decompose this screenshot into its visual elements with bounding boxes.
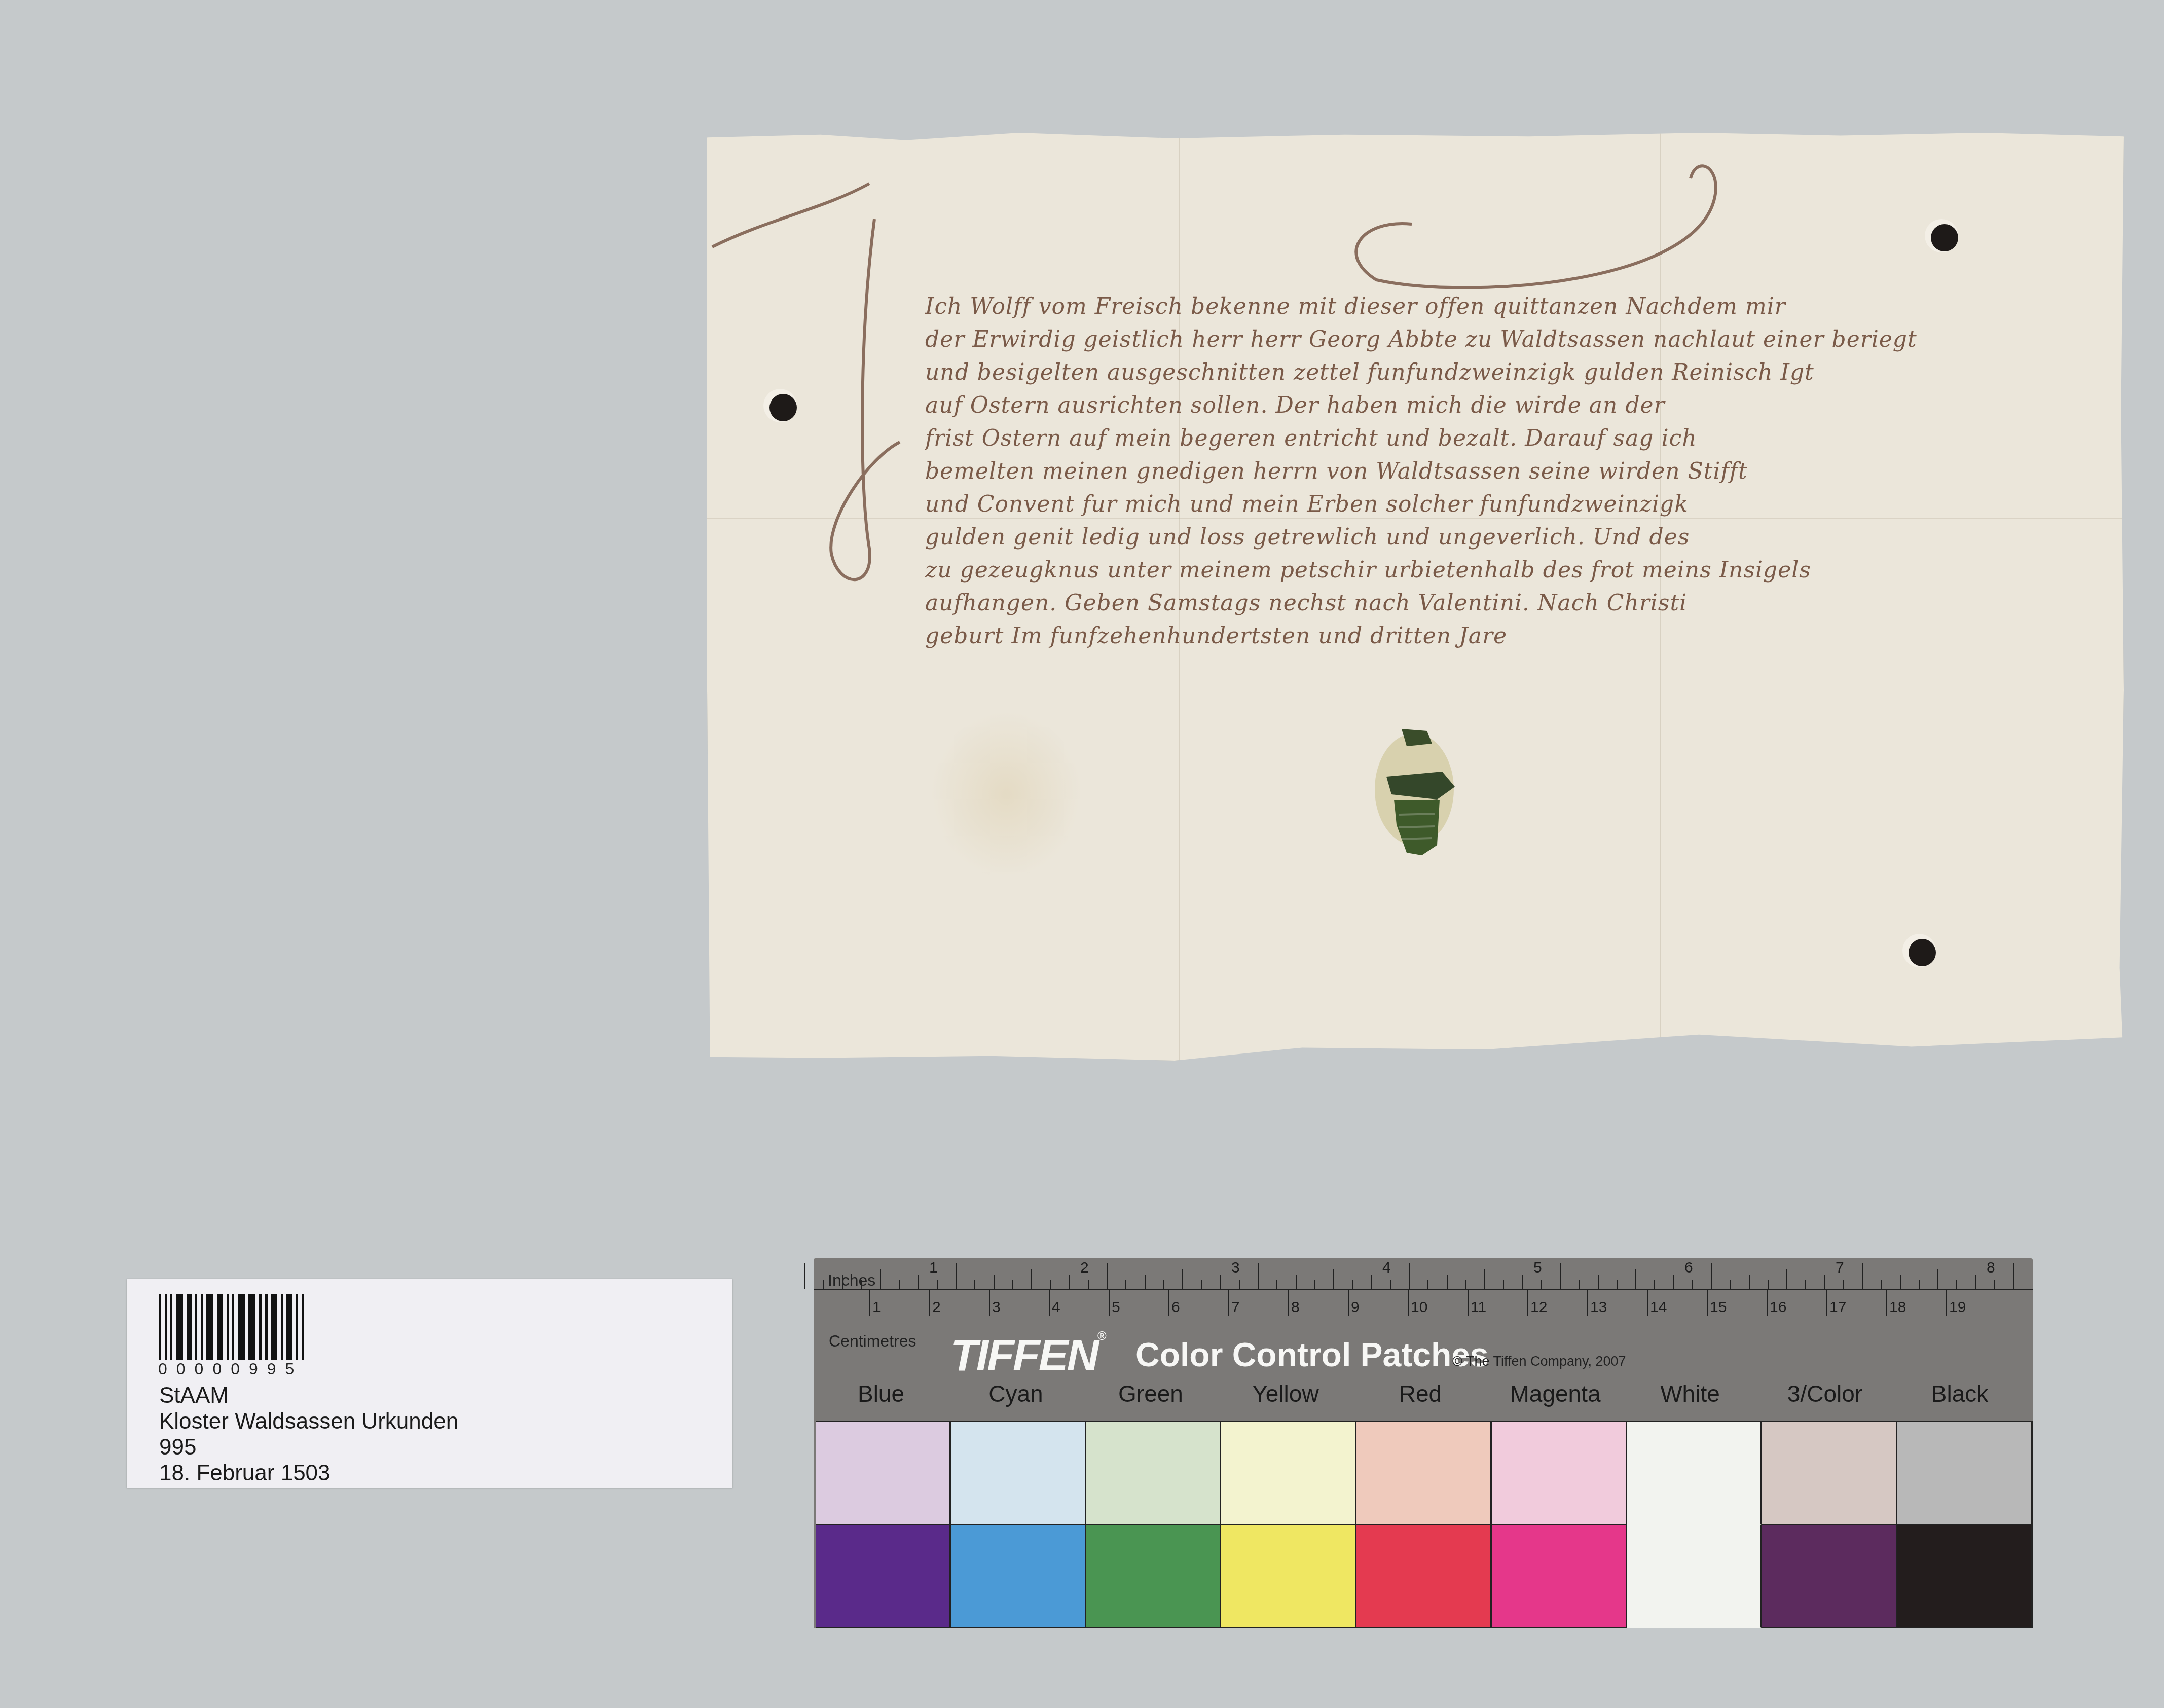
ruler-tick	[804, 1263, 805, 1289]
ruler-tick	[1522, 1275, 1523, 1289]
patch-label-blue: Blue	[814, 1380, 948, 1407]
patch-dark-magenta	[1492, 1525, 1627, 1629]
inch-tick-label: 7	[1836, 1259, 1844, 1277]
patch-label-black: Black	[1892, 1380, 2027, 1407]
cm-tick-label: 1	[872, 1299, 881, 1316]
ruler-tick	[880, 1269, 881, 1289]
ruler-tick	[1956, 1280, 1957, 1289]
ruler-tick	[1946, 1290, 1947, 1316]
inch-ruler	[814, 1258, 2033, 1290]
ruler-tick	[861, 1280, 862, 1289]
cm-tick-label: 16	[1770, 1299, 1786, 1316]
ruler-tick	[1168, 1290, 1169, 1316]
ruler-tick	[1587, 1290, 1588, 1316]
document-date: 18. Februar 1503	[159, 1460, 458, 1486]
ruler-tick	[1201, 1280, 1202, 1289]
ruler-tick	[974, 1280, 975, 1289]
punch-hole	[1931, 224, 1958, 251]
ruler-tick	[842, 1275, 843, 1289]
text-line: frist Ostern auf mein begeren entricht u…	[925, 422, 2000, 455]
ruler-tick	[1371, 1275, 1372, 1289]
ruler-tick	[1692, 1280, 1693, 1289]
ruler-tick	[1125, 1280, 1126, 1289]
ruler-tick	[1390, 1280, 1391, 1289]
patch-dark-white	[1627, 1525, 1763, 1629]
inch-tick-label: 5	[1533, 1259, 1542, 1277]
inches-label: Inches	[828, 1271, 875, 1290]
ruler-tick	[1673, 1275, 1674, 1289]
ruler-tick	[1296, 1275, 1297, 1289]
ruler-tick	[1088, 1280, 1089, 1289]
ruler-tick	[1647, 1290, 1648, 1316]
cm-tick-label: 5	[1112, 1299, 1120, 1316]
ruler-tick	[1886, 1290, 1887, 1316]
ruler-tick	[823, 1280, 824, 1289]
cm-tick-label: 10	[1411, 1299, 1427, 1316]
patch-name-row: Blue Cyan Green Yellow Red Magenta White…	[814, 1380, 2033, 1405]
cm-tick-label: 2	[932, 1299, 941, 1316]
text-line: und besigelten ausgeschnitten zettel fun…	[925, 356, 2000, 389]
punch-hole	[1909, 939, 1936, 966]
ruler-tick	[1862, 1263, 1863, 1289]
ruler-tick	[918, 1275, 919, 1289]
ruler-tick	[1352, 1280, 1353, 1289]
ruler-tick	[1975, 1275, 1976, 1289]
ruler-tick	[1527, 1290, 1528, 1316]
text-line: der Erwirdig geistlich herr herr Georg A…	[925, 323, 2000, 356]
barcode-number: 00000995	[158, 1360, 303, 1378]
inch-tick-label: 6	[1684, 1259, 1693, 1277]
ruler-tick	[1107, 1263, 1108, 1289]
ruler-tick	[1145, 1275, 1146, 1289]
patch-dark-cyan	[951, 1525, 1086, 1629]
inch-tick-label: 4	[1382, 1259, 1391, 1277]
patch-dark-green	[1086, 1525, 1222, 1629]
ruler-tick	[1258, 1263, 1259, 1289]
archive-name: StAAM	[159, 1383, 458, 1408]
patch-label-3color: 3/Color	[1757, 1380, 1892, 1407]
punch-hole	[769, 394, 797, 421]
ruler-tick	[956, 1263, 957, 1289]
ruler-tick	[1239, 1280, 1240, 1289]
ruler-tick	[1805, 1280, 1806, 1289]
ruler-tick	[1654, 1280, 1655, 1289]
ruler-tick	[1408, 1290, 1409, 1316]
patch-label-green: Green	[1083, 1380, 1218, 1407]
patch-dark-black	[1897, 1525, 2033, 1629]
patch-light-red	[1356, 1422, 1492, 1525]
ruler-tick	[1768, 1280, 1769, 1289]
ruler-tick	[1012, 1280, 1013, 1289]
ruler-tick	[1031, 1269, 1032, 1289]
archive-label: 00000995 StAAM Kloster Waldsassen Urkund…	[127, 1279, 732, 1488]
text-line: bemelten meinen gnedigen herrn von Waldt…	[925, 455, 2000, 488]
ruler-tick	[1465, 1280, 1466, 1289]
patch-dark-blue	[816, 1525, 951, 1629]
chart-title: Color Control Patches	[1135, 1335, 1489, 1374]
ruler-tick	[994, 1275, 995, 1289]
ruler-tick	[1049, 1290, 1050, 1316]
ruler-tick	[1711, 1263, 1712, 1289]
patch-light-cyan	[951, 1422, 1086, 1525]
tiffen-logo: TIFFEN®	[950, 1329, 1105, 1381]
cm-tick-label: 11	[1471, 1299, 1486, 1316]
ruler-tick	[1994, 1280, 1995, 1289]
ruler-tick	[1069, 1275, 1070, 1289]
registered-mark: ®	[1097, 1329, 1105, 1343]
ruler-tick	[1468, 1290, 1469, 1316]
cm-tick-label: 13	[1590, 1299, 1607, 1316]
patch-dark-yellow	[1221, 1525, 1356, 1629]
ruler-tick	[1824, 1275, 1825, 1289]
ruler-tick	[899, 1280, 900, 1289]
ruler-tick	[1541, 1280, 1542, 1289]
ruler-tick	[1427, 1280, 1428, 1289]
ruler-tick	[1749, 1275, 1750, 1289]
color-patch-grid	[816, 1421, 2033, 1628]
cm-tick-label: 4	[1052, 1299, 1060, 1316]
text-line: zu gezeugknus unter meinem petschir urbi…	[925, 554, 2000, 587]
ruler-tick	[1881, 1280, 1882, 1289]
ruler-tick	[1220, 1275, 1221, 1289]
ruler-tick	[937, 1280, 938, 1289]
ruler-tick	[1560, 1263, 1561, 1289]
ruler-tick	[1288, 1290, 1289, 1316]
inch-tick-label: 2	[1080, 1259, 1089, 1277]
text-line: gulden genit ledig und loss getrewlich u…	[925, 521, 2000, 554]
cm-tick-label: 14	[1650, 1299, 1667, 1316]
wax-seal-icon	[1371, 723, 1457, 860]
patch-light-black	[1897, 1422, 2033, 1525]
text-line: Ich Wolff vom Freisch bekenne mit dieser…	[925, 290, 2000, 323]
inch-tick-label: 1	[929, 1259, 938, 1277]
ruler-tick	[1314, 1280, 1315, 1289]
brand-name: TIFFEN	[950, 1330, 1097, 1380]
ruler-tick	[1447, 1275, 1448, 1289]
ruler-tick	[1228, 1290, 1229, 1316]
cm-tick-label: 12	[1530, 1299, 1547, 1316]
patch-light-white	[1627, 1422, 1763, 1525]
ruler-tick	[1409, 1263, 1410, 1289]
ruler-tick	[929, 1290, 930, 1316]
ruler-tick	[1707, 1290, 1708, 1316]
ruler-tick	[1276, 1280, 1277, 1289]
patch-dark-3-color	[1762, 1525, 1897, 1629]
patch-label-white: White	[1623, 1380, 1757, 1407]
charter-document: Ich Wolff vom Freisch bekenne mit dieser…	[707, 133, 2124, 1061]
cm-tick-label: 19	[1949, 1299, 1966, 1316]
copyright-text: © The Tiffen Company, 2007	[1452, 1354, 1626, 1369]
inch-tick-label: 3	[1231, 1259, 1240, 1277]
patch-label-red: Red	[1353, 1380, 1488, 1407]
ruler-tick	[1484, 1269, 1485, 1289]
ruler-tick	[1109, 1290, 1110, 1316]
patch-label-yellow: Yellow	[1218, 1380, 1353, 1407]
ruler-tick	[1333, 1269, 1334, 1289]
item-number: 995	[159, 1434, 458, 1460]
ruler-tick	[1348, 1290, 1349, 1316]
patch-light-magenta	[1492, 1422, 1627, 1525]
ruler-tick	[1767, 1290, 1768, 1316]
patch-label-cyan: Cyan	[948, 1380, 1083, 1407]
text-line: aufhangen. Geben Samstags nechst nach Va…	[925, 587, 2000, 620]
ruler-tick	[1919, 1280, 1920, 1289]
text-line: geburt Im funfzehenhundertsten und dritt…	[925, 620, 2000, 652]
patch-label-magenta: Magenta	[1488, 1380, 1623, 1407]
cm-tick-label: 3	[992, 1299, 1001, 1316]
cm-tick-label: 15	[1710, 1299, 1727, 1316]
ruler-tick	[1579, 1280, 1580, 1289]
ruler-tick	[2013, 1263, 2014, 1289]
ruler-tick	[1937, 1269, 1938, 1289]
ruler-tick	[1182, 1269, 1183, 1289]
ruler-tick	[1163, 1280, 1164, 1289]
cm-tick-label: 9	[1351, 1299, 1360, 1316]
patch-light-yellow	[1221, 1422, 1356, 1525]
charter-text: Ich Wolff vom Freisch bekenne mit dieser…	[925, 290, 2000, 652]
ruler-tick	[1786, 1269, 1787, 1289]
ruler-tick	[1730, 1280, 1731, 1289]
patch-dark-red	[1356, 1525, 1492, 1629]
ruler-tick	[869, 1290, 870, 1316]
patch-light-blue	[816, 1422, 951, 1525]
ruler-tick	[1050, 1280, 1051, 1289]
centimetres-label: Centimetres	[829, 1332, 916, 1351]
ruler-tick	[1617, 1280, 1618, 1289]
ruler-tick	[1635, 1269, 1636, 1289]
cm-tick-label: 8	[1291, 1299, 1300, 1316]
cm-tick-label: 7	[1231, 1299, 1240, 1316]
ruler-tick	[1598, 1275, 1599, 1289]
patch-light-3-color	[1762, 1422, 1897, 1525]
color-control-card: Inches Centimetres TIFFEN® Color Control…	[814, 1258, 2033, 1628]
barcode-icon	[159, 1294, 307, 1360]
cm-tick-label: 18	[1889, 1299, 1906, 1316]
ruler-tick	[1900, 1275, 1901, 1289]
ruler-tick	[989, 1290, 990, 1316]
cm-tick-label: 17	[1829, 1299, 1846, 1316]
patch-light-green	[1086, 1422, 1222, 1525]
ruler-tick	[1503, 1280, 1504, 1289]
ruler-tick	[1826, 1290, 1827, 1316]
cm-tick-label: 6	[1171, 1299, 1180, 1316]
ruler-tick	[1843, 1280, 1844, 1289]
collection-name: Kloster Waldsassen Urkunden	[159, 1408, 458, 1434]
text-line: und Convent fur mich und mein Erben solc…	[925, 488, 2000, 521]
inch-tick-label: 8	[1987, 1259, 1995, 1277]
text-line: auf Ostern ausrichten sollen. Der haben …	[925, 389, 2000, 422]
